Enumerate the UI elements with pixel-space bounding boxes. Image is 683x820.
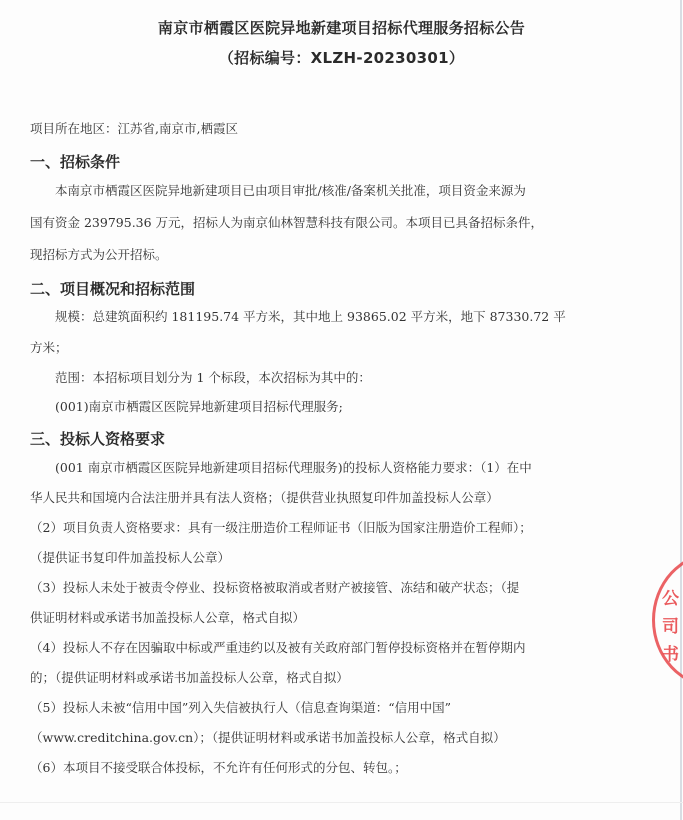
paragraph-line: （www.creditchina.gov.cn）；（提供证明材料或承诺书加盖投标… bbox=[30, 730, 506, 746]
project-location: 项目所在地区：江苏省,南京市,栖霞区 bbox=[30, 121, 238, 137]
paragraph-line: (001)南京市栖霞区医院异地新建项目招标代理服务; bbox=[55, 399, 343, 415]
paragraph-line: 国有资金 239795.36 万元，招标人为南京仙林智慧科技有限公司。本项目已具… bbox=[30, 215, 543, 231]
document-page: 南京市栖霞区医院异地新建项目招标代理服务招标公告 （招标编号：XLZH-2023… bbox=[0, 0, 683, 820]
page-bottom-divider bbox=[0, 802, 683, 803]
paragraph-line: （6）本项目不接受联合体投标，不允许有任何形式的分包、转包。； bbox=[30, 760, 407, 776]
paragraph-line: 规模：总建筑面积约 181195.74 平方米，其中地上 93865.02 平方… bbox=[55, 309, 566, 325]
paragraph-line: 范围：本招标项目划分为 1 个标段，本次招标为其中的： bbox=[55, 370, 371, 386]
paragraph-line: 现招标方式为公开招标。 bbox=[30, 247, 168, 263]
paragraph-line: 的；（提供证明材料或承诺书加盖投标人公章，格式自拟） bbox=[30, 670, 349, 686]
paragraph-line: 方米； bbox=[30, 340, 68, 356]
paragraph-line: （3）投标人未处于被责令停业、投标资格被取消或者财产被接管、冻结和破产状态；（提 bbox=[30, 580, 519, 596]
paragraph-line: （5）投标人未被“信用中国”列入失信被执行人（信息查询渠道：“信用中国” bbox=[30, 700, 451, 716]
paragraph-line: （2）项目负责人资格要求：具有一级注册造价工程师证书（旧版为国家注册造价工程师）… bbox=[30, 520, 532, 536]
paragraph-line: （提供证书复印件加盖投标人公章） bbox=[30, 550, 230, 566]
page-edge-divider bbox=[680, 0, 682, 820]
paragraph-line: （4）投标人不存在因骗取中标或严重违约以及被有关政府部门暂停投标资格并在暂停期内 bbox=[30, 640, 525, 656]
section-heading-bidder-qualifications: 三、投标人资格要求 bbox=[30, 428, 165, 449]
paragraph-line: (001 南京市栖霞区医院异地新建项目招标代理服务)的投标人资格能力要求：（1）… bbox=[55, 460, 532, 476]
section-heading-tender-conditions: 一、招标条件 bbox=[30, 151, 120, 172]
section-heading-project-overview: 二、项目概况和招标范围 bbox=[30, 278, 195, 299]
paragraph-line: 供证明材料或承诺书加盖投标人公章，格式自拟） bbox=[30, 610, 305, 626]
tender-number: （招标编号：XLZH-20230301） bbox=[0, 47, 683, 68]
seal-characters: 公 司 书 bbox=[662, 585, 682, 669]
paragraph-line: 本南京市栖霞区医院异地新建项目已由项目审批/核准/备案机关批准，项目资金来源为 bbox=[55, 183, 526, 199]
paragraph-line: 华人民共和国境内合法注册并具有法人资格；（提供营业执照复印件加盖投标人公章） bbox=[30, 490, 499, 506]
document-title: 南京市栖霞区医院异地新建项目招标代理服务招标公告 bbox=[0, 17, 683, 38]
